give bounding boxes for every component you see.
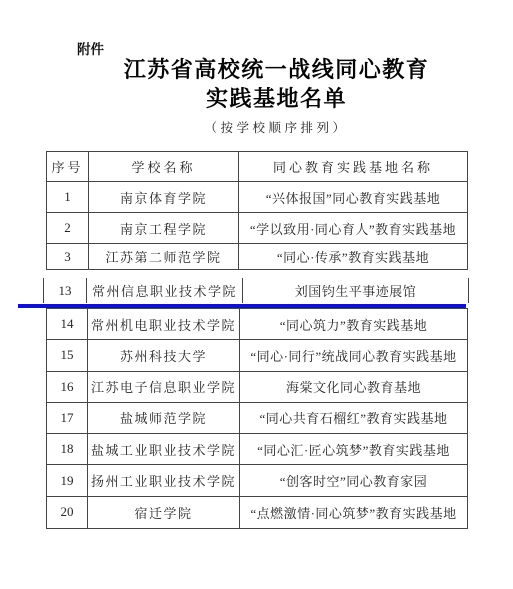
row-number-cell: 18: [47, 434, 88, 465]
school-name-cell: 苏州科技大学: [88, 340, 240, 371]
row-number-cell: 17: [47, 403, 88, 434]
row-number-cell: 16: [47, 372, 88, 403]
base-name-cell: “同心·传承”教育实践基地: [239, 244, 467, 269]
school-name-cell: 扬州工业职业技术学院: [88, 465, 240, 496]
base-name-cell: “同心·同行”统战同心教育实践基地: [240, 340, 467, 371]
document-title-line1: 江苏省高校统一战线同心教育: [40, 55, 513, 84]
document-page: 附件 江苏省高校统一战线同心教育 实践基地名单 （按学校顺序排列） 序号 学校名…: [0, 0, 513, 589]
school-name-cell: 江苏电子信息职业学院: [88, 372, 240, 403]
school-name-cell: 宿迁学院: [88, 497, 240, 528]
base-name-cell: “同心筑力”教育实践基地: [240, 309, 467, 340]
base-name-cell: “点燃激情·同心筑梦”教育实践基地: [240, 497, 467, 528]
base-name-cell: “创客时空”同心教育家园: [240, 465, 467, 496]
base-name-cell: “兴体报国”同心教育实践基地: [239, 182, 467, 213]
row-number-cell: 2: [47, 213, 89, 244]
school-name-cell: 常州信息职业技术学院: [87, 278, 243, 303]
school-name-cell: 盐城工业职业技术学院: [88, 434, 240, 465]
base-name-cell: 刘国钧生平事迹展馆: [243, 278, 468, 303]
row-number-cell: 20: [47, 497, 88, 528]
school-name-cell: 南京体育学院: [89, 182, 239, 213]
table-bottom-section: 14 常州机电职业技术学院 “同心筑力”教育实践基地 15 苏州科技大学 “同心…: [46, 308, 468, 529]
column-header-no: 序号: [47, 152, 89, 182]
row-number-cell: 14: [47, 309, 88, 340]
row-number-cell: 19: [47, 465, 88, 496]
row-number-cell: 1: [47, 182, 89, 213]
base-name-cell: 海棠文化同心教育基地: [240, 372, 467, 403]
title-block: 江苏省高校统一战线同心教育 实践基地名单 （按学校顺序排列）: [40, 55, 513, 136]
base-name-cell: “同心共育石榴红”教育实践基地: [240, 403, 467, 434]
row-number-cell: 15: [47, 340, 88, 371]
table-top-section: 序号 学校名称 同心教育实践基地名称 1 南京体育学院 “兴体报国”同心教育实践…: [46, 151, 468, 270]
school-name-cell: 江苏第二师范学院: [89, 244, 239, 269]
base-name-cell: “学以致用·同心育人”教育实践基地: [239, 213, 467, 244]
row-number-cell: 3: [47, 244, 89, 269]
school-name-cell: 常州机电职业技术学院: [88, 309, 240, 340]
column-header-base: 同心教育实践基地名称: [239, 152, 467, 182]
table-stitched-section: 13 常州信息职业技术学院 刘国钧生平事迹展馆: [43, 278, 469, 303]
school-name-cell: 南京工程学院: [89, 213, 239, 244]
row-number-cell: 13: [44, 278, 87, 303]
school-name-cell: 盐城师范学院: [88, 403, 240, 434]
document-title-line2: 实践基地名单: [40, 84, 513, 113]
document-subtitle: （按学校顺序排列）: [40, 118, 513, 136]
base-name-cell: “同心汇·匠心筑梦”教育实践基地: [240, 434, 467, 465]
column-header-school: 学校名称: [89, 152, 239, 182]
